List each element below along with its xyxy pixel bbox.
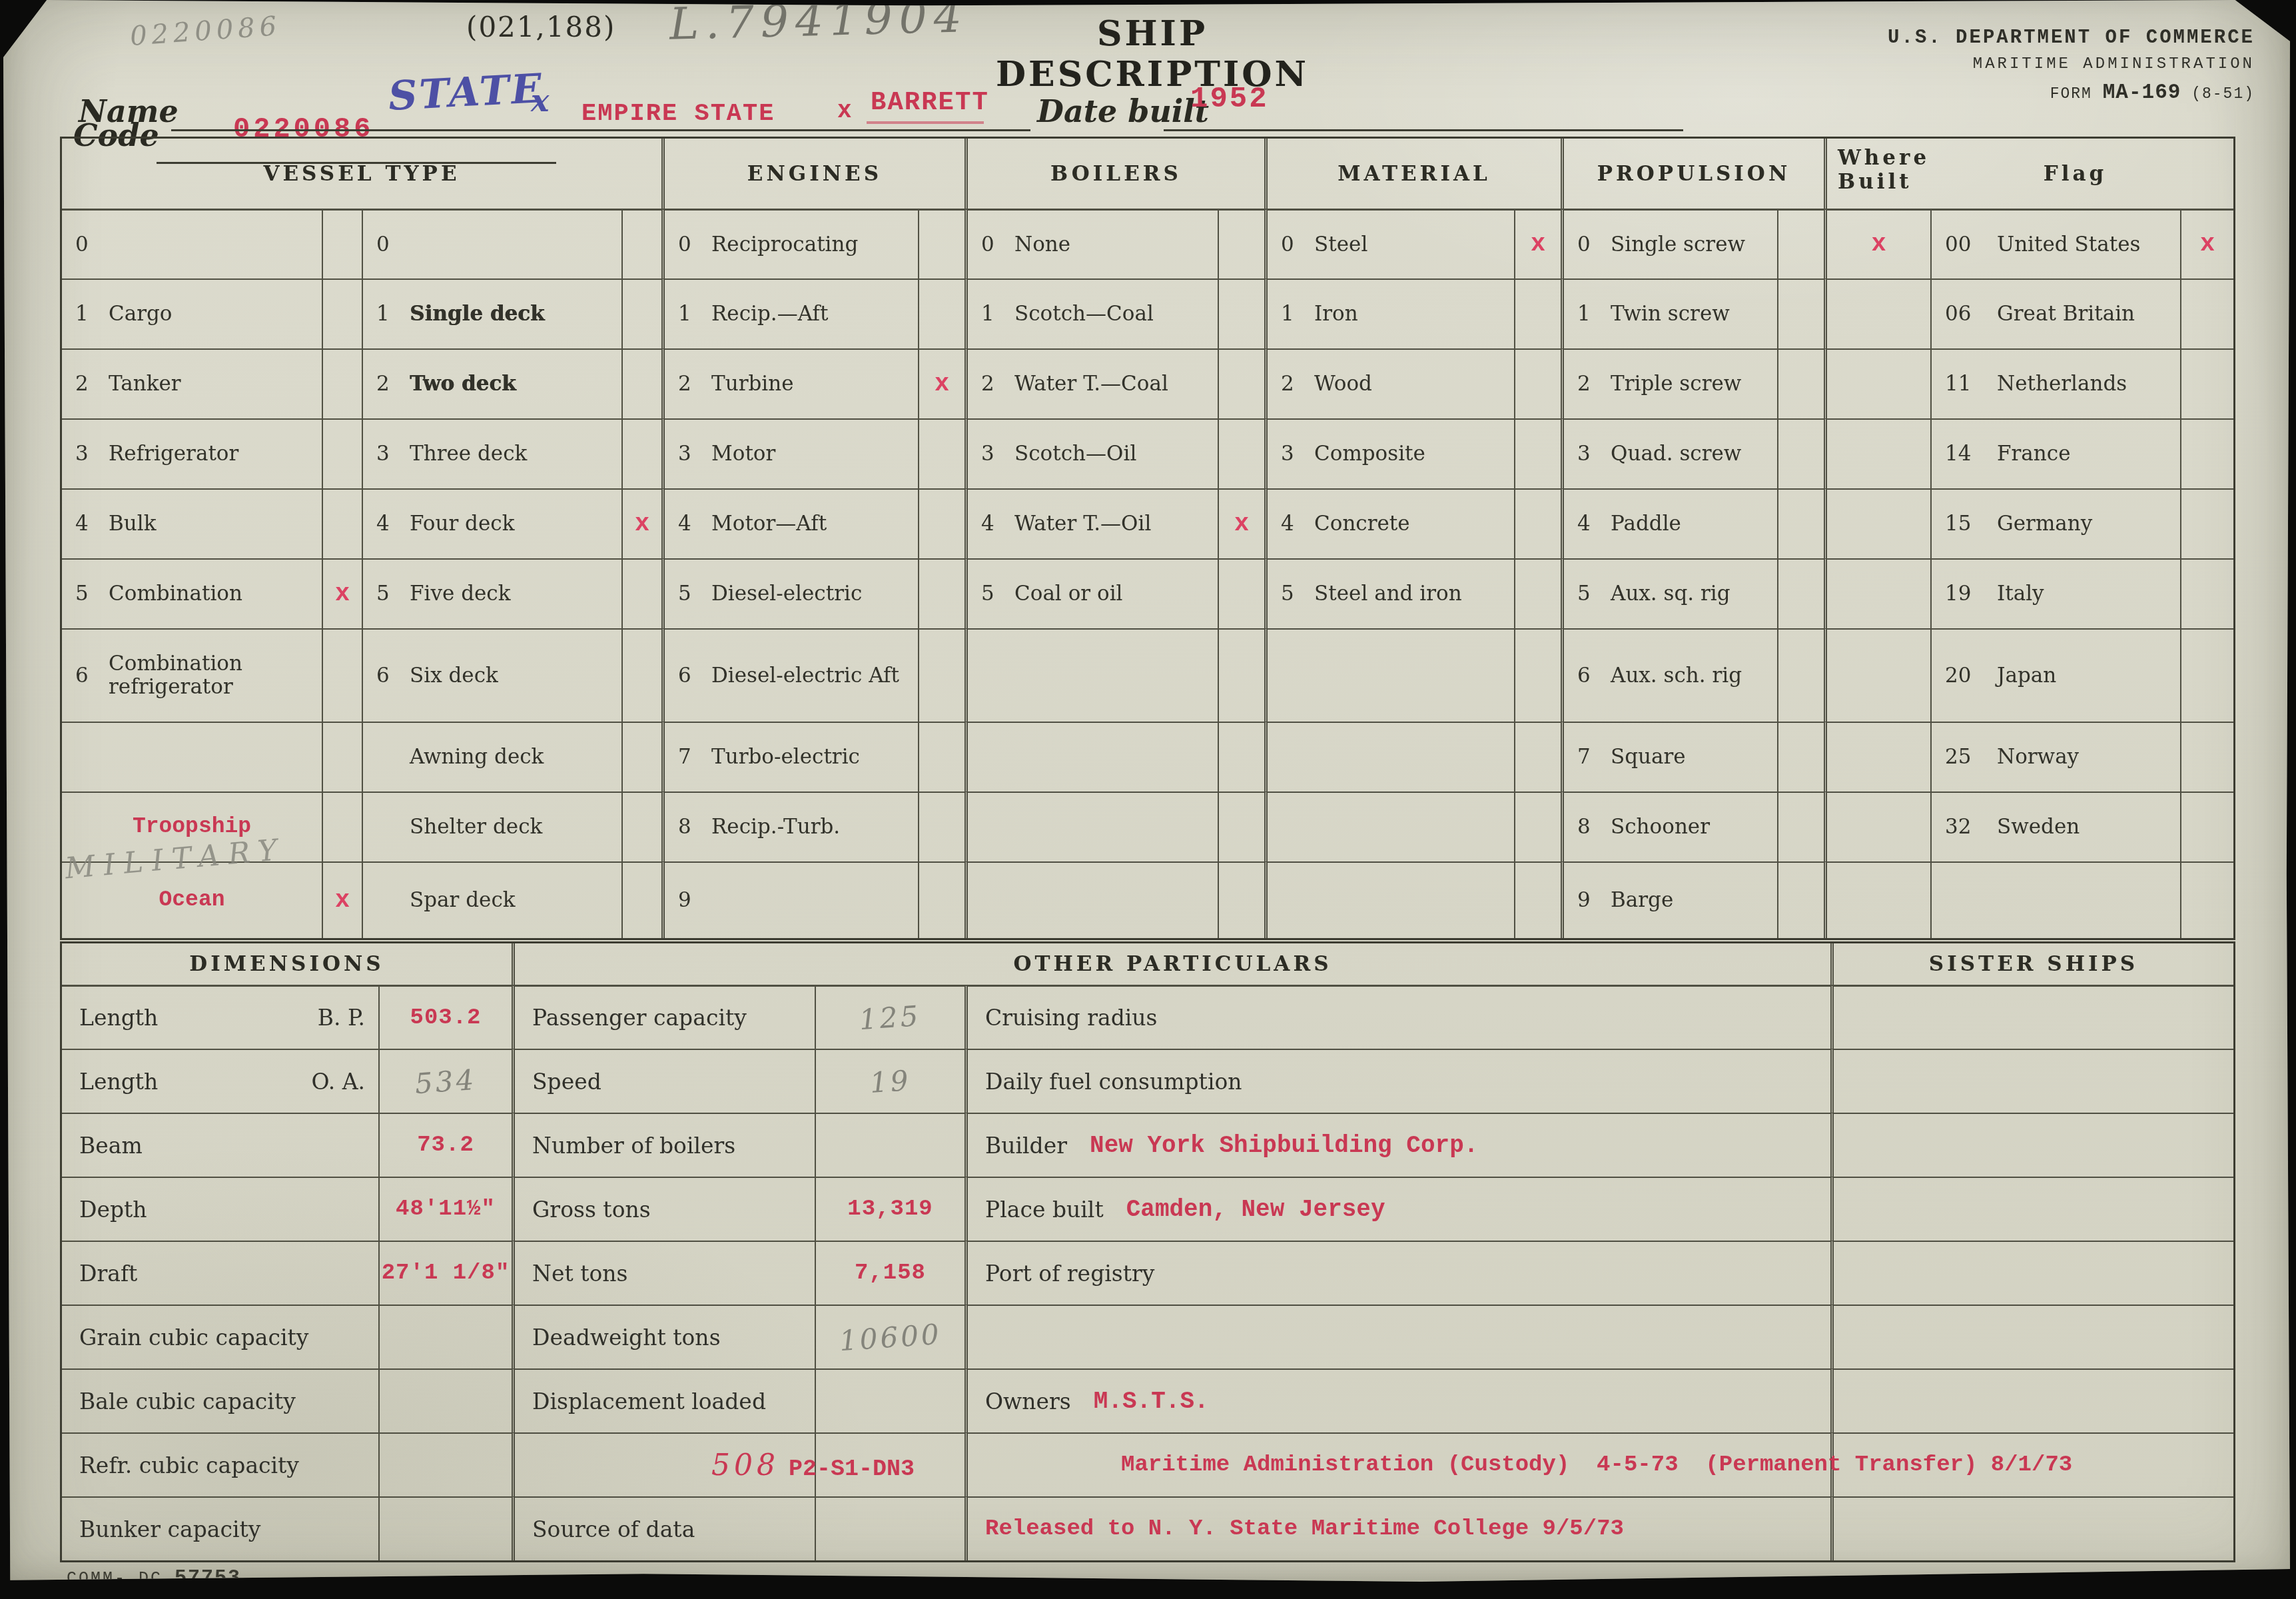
option-code: 32 [1945,815,1997,839]
option-label: Single screw [1611,233,1777,257]
code-option-r7c2: Awning deck [362,722,621,792]
right-value-text[interactable]: New York Shipbuilding Corp. [1090,1132,1478,1159]
option-code: 1 [1577,302,1611,326]
option-code: 0 [981,233,1014,257]
name-typed-empire-state[interactable]: EMPIRE STATE [581,100,775,128]
date-built-value[interactable]: 1952 [1190,83,1269,116]
sister-ships-row-6[interactable] [1830,1368,2233,1432]
barrett-red-underline [867,121,984,124]
code-option-r4c8: 4Concrete [1264,488,1514,558]
option-code: 6 [1577,664,1611,688]
option-label: Schooner [1611,815,1777,839]
option-label: Combination refrigerator [109,652,322,698]
right-row-2: BuilderNew York Shipbuilding Corp. [964,1113,1830,1177]
sister-ships-row-4[interactable] [1830,1241,2233,1305]
dim-value-2[interactable]: 73.2 [378,1113,512,1177]
option-label: Recip.-Turb. [711,815,918,839]
checkbox-r9c7[interactable] [1218,861,1264,938]
dim-label-text: Bale cubic capacity [79,1388,296,1414]
option-code: 14 [1945,442,1997,466]
mid-value-text: 10600 [838,1317,943,1357]
section-header-other-particulars: OTHER PARTICULARS [512,943,1830,985]
checkbox-r1c12[interactable] [1824,278,1930,348]
checkbox-r2c14[interactable] [2180,348,2233,418]
option-label: Six deck [410,664,621,688]
checkbox-r9c5[interactable] [918,861,964,938]
right-row-5 [964,1305,1830,1368]
checkbox-r1c5[interactable] [918,278,964,348]
option-label: Single deck [410,302,621,326]
option-label: Iron [1314,302,1514,326]
option-code: 5 [981,582,1014,606]
code-option-r6c10: 6Aux. sch. rig [1561,628,1777,722]
option-code: 15 [1945,512,1997,536]
code-option-r2c0: 2Tanker [62,348,322,418]
checkbox-r1c7[interactable] [1218,278,1264,348]
option-code: 0 [1281,233,1314,257]
option-label: United States [1997,233,2180,257]
checkbox-r0c1[interactable] [322,209,362,278]
code-option-r1c13: 06Great Britain [1930,278,2180,348]
dim-value-text: 503.2 [410,1005,481,1031]
agency-line2: MARITIME ADMINISTRATION [1748,55,2255,73]
dim-value-8[interactable] [378,1496,512,1560]
checkbox-r0c3[interactable] [621,209,661,278]
option-code: 1 [75,302,109,326]
option-label: Japan [1997,664,2180,688]
name-handwritten-blue[interactable]: STATE [387,65,545,120]
mid-label-text: Displacement loaded [532,1388,766,1414]
code-option-r8c10: 8Schooner [1561,792,1777,861]
code-option-r0c2: 0 [362,209,621,278]
checkbox-r9c11[interactable] [1777,861,1824,938]
hull-type-entry[interactable]: 508P2-S1-DN3 [711,1448,915,1482]
checkbox-r1c14[interactable] [2180,278,2233,348]
code-option-r7c4: 7Turbo-electric [661,722,918,792]
option-code: 25 [1945,746,1997,769]
section-header-sister-ships: SISTER SHIPS [1830,943,2233,985]
checkbox-r6c11[interactable] [1777,628,1824,722]
footer-number: 57753 [175,1567,241,1590]
mid-label-3: Gross tons [512,1177,815,1241]
option-label: Refrigerator [109,442,322,466]
checkbox-r1c11[interactable] [1777,278,1824,348]
checkbox-r2c7[interactable] [1218,348,1264,418]
checkbox-r4c11[interactable] [1777,488,1824,558]
option-code: 06 [1945,302,1997,326]
dim-value-4[interactable]: 27'1 1/8" [378,1241,512,1305]
dim-label-text: Length [79,1069,158,1095]
right-row-4: Port of registry [964,1241,1830,1305]
checkbox-r9c3[interactable] [621,861,661,938]
code-option-r5c8: 5Steel and iron [1264,558,1514,628]
code-option-r8c4: 8Recip.-Turb. [661,792,918,861]
checkbox-r2c9[interactable] [1514,348,1561,418]
mid-label-text: Gross tons [532,1197,651,1223]
mid-label-text: Speed [532,1069,601,1095]
option-label: Shelter deck [410,815,621,839]
code-option-r6c4: 6Diesel-electric Aft [661,628,918,722]
checkbox-r0c11[interactable] [1777,209,1824,278]
mid-label-text: Deadweight tons [532,1325,721,1350]
checkbox-r8c9[interactable] [1514,792,1561,861]
checkbox-r4c3[interactable]: x [621,488,661,558]
dim-label-text: Depth [79,1197,147,1223]
option-code: 5 [1281,582,1314,606]
option-label: Motor [711,442,918,466]
checkbox-r7c5[interactable] [918,722,964,792]
checkbox-r5c14[interactable] [2180,558,2233,628]
right-label-text: Place built [985,1197,1104,1223]
option-code: 2 [1577,372,1611,396]
checkbox-r9c1[interactable]: x [322,861,362,938]
checkbox-r7c12[interactable] [1824,722,1930,792]
checkbox-r6c12[interactable] [1824,628,1930,722]
section-header-dimensions: DIMENSIONS [62,943,512,985]
mid-value-8[interactable] [815,1496,964,1560]
checkbox-r6c3[interactable] [621,628,661,722]
checkbox-r0c14[interactable]: x [2180,209,2233,278]
checkbox-r5c9[interactable] [1514,558,1561,628]
option-code: 7 [678,746,711,769]
checkbox-r9c9[interactable] [1514,861,1561,938]
option-code: 8 [1577,815,1611,839]
option-code: 00 [1945,233,1997,257]
right-value-text[interactable]: M.S.T.S. [1094,1388,1209,1415]
mid-label-text: Passenger capacity [532,1005,747,1031]
code-option-r5c0: 5Combination [62,558,322,628]
checkbox-r0c9[interactable]: x [1514,209,1561,278]
paper-sheet: 0220086 (021,188) L.7941904 SHIP DESCRIP… [3,0,2290,1590]
code-option-r3c4: 3Motor [661,418,918,488]
option-code: 2 [678,372,711,396]
right-value-text[interactable]: Camden, New Jersey [1126,1196,1385,1223]
form-prefix: FORM [2050,85,2092,103]
dim-label-4: Draft [62,1241,378,1305]
checkbox-r8c7[interactable] [1218,792,1264,861]
checkbox-r4c12[interactable] [1824,488,1930,558]
checkbox-r4c1[interactable] [322,488,362,558]
checkbox-r3c5[interactable] [918,418,964,488]
code-option-r3c10: 3Quad. screw [1561,418,1777,488]
typed-design-code: P2-S1-DN3 [789,1456,915,1482]
code-option-r0c6: 0None [964,209,1218,278]
checkbox-r3c11[interactable] [1777,418,1824,488]
option-label: Great Britain [1997,302,2180,326]
code-option-r1c0: 1Cargo [62,278,322,348]
sister-ships-row-2[interactable] [1830,1113,2233,1177]
option-label: Wood [1314,372,1514,396]
option-label: None [1014,233,1218,257]
dim-value-0[interactable]: 503.2 [378,985,512,1049]
right-label-text: Port of registry [985,1261,1154,1287]
form-number: MA-169 [2103,81,2181,105]
code-option-r2c13: 11Netherlands [1930,348,2180,418]
code-option-r4c2: 4Four deck [362,488,621,558]
mid-value-6[interactable] [815,1368,964,1432]
option-code: 3 [1577,442,1611,466]
checkbox-r5c7[interactable] [1218,558,1264,628]
option-label: Spar deck [410,889,621,912]
checkbox-r3c12[interactable] [1824,418,1930,488]
right-row-7: Maritime Administration (Custody) 4-5-73… [964,1432,1830,1496]
option-code: 2 [75,372,109,396]
name-handwritten-x[interactable]: x [531,83,549,119]
dim-label-sub: O. A. [312,1069,378,1095]
checkbox-r8c1[interactable] [322,792,362,861]
code-option-r5c13: 19Italy [1930,558,2180,628]
code-option-r9c10: 9Barge [1561,861,1777,938]
checkbox-r6c7[interactable] [1218,628,1264,722]
option-label: Combination [109,582,322,606]
name-label: Name [79,93,179,129]
checkbox-r2c11[interactable] [1777,348,1824,418]
sister-ships-row-8[interactable] [1830,1496,2233,1560]
checkbox-r1c1[interactable] [322,278,362,348]
option-code: 4 [1281,512,1314,536]
checkbox-r4c7[interactable]: x [1218,488,1264,558]
dim-value-1[interactable]: 534 [378,1049,512,1113]
code-option-r2c10: 2Triple screw [1561,348,1777,418]
sister-ships-row-5[interactable] [1830,1305,2233,1368]
checkbox-r3c7[interactable] [1218,418,1264,488]
code-option-r9c4: 9 [661,861,918,938]
column-header-material: MATERIAL [1264,139,1561,209]
checkbox-r6c14[interactable] [2180,628,2233,722]
code-option-r5c10: 5Aux. sq. rig [1561,558,1777,628]
checkbox-r0c5[interactable] [918,209,964,278]
dim-label-text: Draft [79,1261,137,1287]
checkbox-r3c9[interactable] [1514,418,1561,488]
option-code: 2 [1281,372,1314,396]
code-option-r1c2: 1Single deck [362,278,621,348]
mid-label-6: Displacement loaded [512,1368,815,1432]
option-code: 6 [678,664,711,688]
dim-label-7: Refr. cubic capacity [62,1432,378,1496]
code-option-r1c8: 1Iron [1264,278,1514,348]
option-code: 5 [678,582,711,606]
code-option-r0c13: 00United States [1930,209,2180,278]
dim-value-6[interactable] [378,1368,512,1432]
code-option-r7c0 [62,722,322,792]
code-option-r1c6: 1Scotch—Coal [964,278,1218,348]
name-typed-barrett[interactable]: BARRETT [871,88,989,117]
option-label: Sweden [1997,815,2180,839]
checkbox-r8c12[interactable] [1824,792,1930,861]
checkbox-r7c9[interactable] [1514,722,1561,792]
dim-value-7[interactable] [378,1432,512,1496]
dim-label-3: Depth [62,1177,378,1241]
checkbox-r8c14[interactable] [2180,792,2233,861]
right-row-8: Released to N. Y. State Maritime College… [964,1496,1830,1560]
checkbox-r6c9[interactable] [1514,628,1561,722]
typed-index-number: (021,188) [466,11,615,43]
option-label: Diesel-electric [711,582,918,606]
option-label: Scotch—Coal [1014,302,1218,326]
x-mark: x [335,887,350,915]
checkbox-r8c5[interactable] [918,792,964,861]
code-option-r6c6 [964,628,1218,722]
checkbox-r1c3[interactable] [621,278,661,348]
mid-value-text: 125 [859,999,922,1036]
option-label: Water T.—Coal [1014,372,1218,396]
mid-label-0: Passenger capacity [512,985,815,1049]
checkbox-r3c14[interactable] [2180,418,2233,488]
option-label: Twin screw [1611,302,1777,326]
code-option-r6c2: 6Six deck [362,628,621,722]
mid-label-7: 508P2-S1-DN3 [512,1432,815,1496]
dim-label-sub: B. P. [318,1005,378,1031]
option-code: 9 [678,889,711,912]
scanned-ship-description-form: { "colors":{"paper":"#d9d8c9","ink":"#33… [0,0,2296,1599]
option-label: Aux. sch. rig [1611,664,1777,688]
checkbox-r5c5[interactable] [918,558,964,628]
mid-label-5: Deadweight tons [512,1305,815,1368]
right-row-6: OwnersM.S.T.S. [964,1368,1830,1432]
x-mark: x [1871,231,1886,259]
right-row-1: Daily fuel consumption [964,1049,1830,1113]
column-header-boilers: BOILERS [964,139,1264,209]
sister-ships-row-3[interactable] [1830,1177,2233,1241]
option-code: 0 [1577,233,1611,257]
checkbox-r1c9[interactable] [1514,278,1561,348]
sister-ships-row-1[interactable] [1830,1049,2233,1113]
mid-value-1[interactable]: 19 [815,1049,964,1113]
mid-value-5[interactable]: 10600 [815,1305,964,1368]
code-option-r0c4: 0Reciprocating [661,209,918,278]
checkbox-r5c12[interactable] [1824,558,1930,628]
option-code: 20 [1945,664,1997,688]
date-built-label: Date built [1037,93,1209,129]
checkbox-r4c14[interactable] [2180,488,2233,558]
code-option-r4c13: 15Germany [1930,488,2180,558]
checkbox-r7c7[interactable] [1218,722,1264,792]
checkbox-r2c1[interactable] [322,348,362,418]
checkbox-r9c12[interactable] [1824,861,1930,938]
custody-note-8[interactable]: Released to N. Y. State Maritime College… [985,1516,1624,1542]
checkbox-r7c1[interactable] [322,722,362,792]
code-option-r4c6: 4Water T.—Oil [964,488,1218,558]
dim-value-text: 48'11½" [396,1197,496,1222]
code-option-r0c0: 0 [62,209,322,278]
code-option-r8c8 [1264,792,1514,861]
checkbox-r8c3[interactable] [621,792,661,861]
checkbox-r5c3[interactable] [621,558,661,628]
code-option-r7c8 [1264,722,1514,792]
dim-label-text: Bunker capacity [79,1516,260,1542]
code-option-r3c8: 3Composite [1264,418,1514,488]
handwritten-508: 508 [711,1448,779,1482]
checkbox-r6c5[interactable] [918,628,964,722]
dim-label-text: Refr. cubic capacity [79,1452,299,1478]
handwritten-official-number: L.7941904 [669,0,969,50]
dim-label-0: LengthB. P. [62,985,378,1049]
checkbox-r7c3[interactable] [621,722,661,792]
right-label-text: Builder [985,1133,1067,1159]
checkbox-r8c11[interactable] [1777,792,1824,861]
option-code: 1 [981,302,1014,326]
custody-note-7[interactable]: Maritime Administration (Custody) 4-5-73… [1121,1452,2072,1478]
option-label: Cargo [109,302,322,326]
checkbox-r7c14[interactable] [2180,722,2233,792]
option-label: Steel [1314,233,1514,257]
option-label: Germany [1997,512,2180,536]
code-option-r5c6: 5Coal or oil [964,558,1218,628]
checkbox-r5c11[interactable] [1777,558,1824,628]
dim-label-text: Length [79,1005,158,1031]
option-code: 3 [678,442,711,466]
checkbox-r9c14[interactable] [2180,861,2233,938]
mid-value-0[interactable]: 125 [815,985,964,1049]
option-code: 11 [1945,372,1997,396]
checkbox-r4c5[interactable] [918,488,964,558]
dim-value-5[interactable] [378,1305,512,1368]
form-number-line: FORM MA-169 (8-51) [1748,81,2255,105]
option-label: Scotch—Oil [1014,442,1218,466]
code-option-r5c4: 5Diesel-electric [661,558,918,628]
sister-ships-row-0[interactable] [1830,985,2233,1049]
checkbox-r2c3[interactable] [621,348,661,418]
right-row-0: Cruising radius [964,985,1830,1049]
option-label: Awning deck [410,746,621,769]
checkbox-r0c7[interactable] [1218,209,1264,278]
option-label: Recip.—Aft [711,302,918,326]
dim-label-8: Bunker capacity [62,1496,378,1560]
option-code: 9 [1577,889,1611,912]
checkbox-r5c1[interactable]: x [322,558,362,628]
checkbox-r0c12[interactable]: x [1824,209,1930,278]
code-option-r9c0: OceanMILITARY [62,861,322,938]
code-option-r7c6 [964,722,1218,792]
name-typed-x[interactable]: x [837,97,852,125]
agency-line1: U.S. DEPARTMENT OF COMMERCE [1748,27,2255,49]
option-code: 4 [376,512,410,536]
dim-value-3[interactable]: 48'11½" [378,1177,512,1241]
option-code: 4 [1577,512,1611,536]
page-title: SHIP DESCRIPTION [936,13,1369,95]
option-label: Reciprocating [711,233,918,257]
code-option-r0c10: 0Single screw [1561,209,1777,278]
checkbox-r3c3[interactable] [621,418,661,488]
code-option-r1c10: 1Twin screw [1561,278,1777,348]
mid-value-4[interactable]: 7,158 [815,1241,964,1305]
option-label: Four deck [410,512,621,536]
checkbox-r6c1[interactable] [322,628,362,722]
option-code: 3 [75,442,109,466]
mid-value-text: 7,158 [855,1261,926,1286]
mid-value-text: 19 [869,1063,912,1099]
checkbox-r2c5[interactable]: x [918,348,964,418]
mid-value-2[interactable] [815,1113,964,1177]
checkbox-r3c1[interactable] [322,418,362,488]
option-label: Five deck [410,582,621,606]
code-option-r3c0: 3Refrigerator [62,418,322,488]
checkbox-r7c11[interactable] [1777,722,1824,792]
checkbox-r2c12[interactable] [1824,348,1930,418]
option-label: Quad. screw [1611,442,1777,466]
option-code: 2 [376,372,410,396]
option-label: Italy [1997,582,2180,606]
dim-label-6: Bale cubic capacity [62,1368,378,1432]
option-code: 3 [1281,442,1314,466]
option-code: 6 [75,664,109,688]
mid-value-3[interactable]: 13,319 [815,1177,964,1241]
option-code: 1 [678,302,711,326]
option-label: Diesel-electric Aft [711,664,918,688]
code-option-r6c8 [1264,628,1514,722]
option-label: Turbo-electric [711,746,918,769]
checkbox-r4c9[interactable] [1514,488,1561,558]
